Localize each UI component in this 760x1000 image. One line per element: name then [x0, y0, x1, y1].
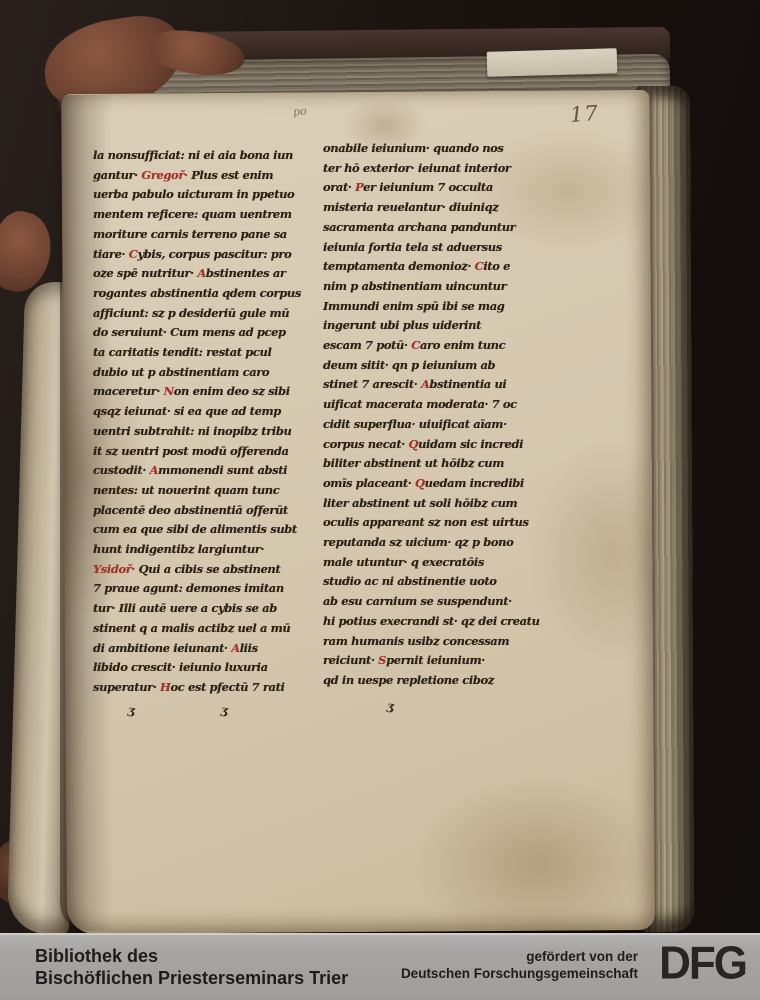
manuscript-line: deum sitit· qn p ieiunium ab: [323, 356, 541, 376]
text-column-1: la nonsufficiat: ni ei aia bona iungantu…: [93, 146, 311, 698]
manuscript-line: studio ac ni abstinentie uoto: [323, 572, 541, 592]
ink-text: qd in uespe repletione ciboz: [323, 673, 494, 687]
manuscript-line: stinent q a malis actibz uel a mū: [93, 619, 311, 639]
manuscript-line: onabile ieiunium· quando nos: [323, 139, 541, 159]
ink-text: on enim deo sz sibi: [174, 384, 290, 398]
ink-text: er ieiunium 7 occulta: [363, 180, 493, 194]
ink-text: aro enim tunc: [420, 338, 505, 352]
manuscript-line: maceretur· Non enim deo sz sibi: [93, 382, 311, 402]
manuscript-line: placentē deo abstinentiā offerūt: [93, 501, 311, 521]
manuscript-line: hunt indigentibz largiuntur·: [93, 540, 311, 560]
manuscript-line: misteria reuelantur· diuiniqz: [323, 198, 541, 218]
ink-text: oc est pfectū 7 rati: [171, 680, 285, 694]
manuscript-line: ieiunia fortia tela st aduersus: [323, 238, 541, 258]
rubric-text: C: [475, 259, 484, 273]
ink-text: placentē deo abstinentiā offerūt: [93, 503, 288, 517]
manuscript-line: stinet 7 arescit· Abstinentia ui: [323, 375, 541, 395]
manuscript-line: corpus necat· Quidam sic incredi: [323, 435, 541, 455]
ink-text: do seruiunt· Cum mens ad pcep: [93, 325, 286, 339]
manuscript-line: liter abstinent ut soli hōibz cum: [323, 494, 541, 514]
ink-text: onabile ieiunium· quando nos: [323, 141, 504, 155]
ink-text: hi potius execrandi st· qz dei creatu: [323, 614, 540, 628]
manuscript-line: custodit· Ammonendi sunt absti: [93, 461, 311, 481]
ink-text: misteria reuelantur· diuiniqz: [323, 200, 498, 214]
manuscript-line: uentri subtrahit: ni inopibz tribu: [93, 422, 311, 442]
manuscript-line: biliter abstinent ut hōibz cum: [323, 454, 541, 474]
manuscript-line: tur· Illi autē uere a cybis se ab: [93, 599, 311, 619]
rubric-text: A: [197, 266, 206, 280]
ink-text: uidam sic incredi: [418, 437, 523, 451]
manuscript-line: do seruiunt· Cum mens ad pcep: [93, 323, 311, 343]
ink-text: uedam incredibi: [425, 476, 524, 490]
ink-text: omīs placeant·: [323, 476, 415, 490]
funding-credit-line1: gefördert von der: [401, 948, 638, 965]
ink-text: moriture carnis terreno pane sa: [93, 227, 287, 241]
rubric-text: A: [150, 463, 159, 477]
manuscript-line: sacramenta archana panduntur: [323, 218, 541, 238]
manuscript-line: ingerunt ubi plus uiderint: [323, 316, 541, 336]
ink-text: ito e: [483, 259, 510, 273]
digitized-manuscript-photo: po 17 la nonsufficiat: ni ei aia bona iu…: [0, 0, 760, 1000]
ink-text: Qui a cibis se abstinent: [139, 562, 281, 576]
manuscript-line: orat· Per ieiunium 7 occulta: [323, 178, 541, 198]
ink-text: liis: [240, 641, 258, 655]
ink-text: rogantes abstinentia qdem corpus: [93, 286, 301, 300]
ink-text: ieiunia fortia tela st aduersus: [323, 240, 502, 254]
manuscript-line: 7 praue agunt: demones imitan: [93, 579, 311, 599]
manuscript-line: rogantes abstinentia qdem corpus: [93, 284, 311, 304]
ink-text: male utuntur· q execratōis: [323, 555, 484, 569]
manuscript-line: gantur· Gregoř· Plus est enim: [93, 166, 311, 186]
manuscript-line: ta caritatis tendit: restat pcul: [93, 343, 311, 363]
funding-credit-line2: Deutschen Forschungsgemeinschaft: [401, 965, 638, 982]
rubric-text: C: [411, 338, 420, 352]
manuscript-line: ram humanis usibz concessam: [323, 632, 541, 652]
ink-text: uificat macerata moderata· 7 oc: [323, 397, 517, 411]
rubric-text: S: [378, 653, 386, 667]
ink-text: stinet 7 arescit·: [323, 377, 421, 391]
rubric-text: Gregoř·: [141, 168, 191, 182]
ink-text: ter hō exterior· ieiunat interior: [323, 161, 511, 175]
ink-text: liter abstinent ut soli hōibz cum: [323, 496, 517, 510]
ink-text: gantur·: [93, 168, 141, 182]
ink-text: biliter abstinent ut hōibz cum: [323, 456, 504, 470]
ink-text: sacramenta archana panduntur: [323, 220, 515, 234]
ink-text: hunt indigentibz largiuntur·: [93, 542, 264, 556]
library-name-line1: Bibliothek des: [35, 945, 348, 967]
ink-text: studio ac ni abstinentie uoto: [323, 574, 497, 588]
ink-text: reputanda sz uicium· qz p bono: [323, 535, 513, 549]
manuscript-line: superatur· Hoc est pfectū 7 rati: [93, 678, 311, 698]
ink-text: it sz uentri post modū offerenda: [93, 444, 289, 458]
rubric-text: Ysidoř·: [93, 562, 139, 576]
bookmark-slip: [487, 48, 618, 77]
folio-number: 17: [569, 103, 599, 126]
ink-text: Plus est enim: [191, 168, 273, 182]
manuscript-line: ab esu carnium se suspendunt·: [323, 592, 541, 612]
line-filler-mark: ʒ: [386, 700, 394, 713]
manuscript-line: oculis appareant sz non est uirtus: [323, 513, 541, 533]
ink-text: corpus necat·: [323, 437, 408, 451]
rubric-text: P: [355, 180, 363, 194]
ink-text: custodit·: [93, 463, 150, 477]
ink-text: pernit ieiunium·: [386, 653, 485, 667]
rubric-text: H: [160, 680, 170, 694]
ink-text: di ambitione ieiunant·: [93, 641, 231, 655]
ink-text: uentri subtrahit: ni inopibz tribu: [93, 424, 291, 438]
ink-text: cidit superflua· uiuificat aīam·: [323, 417, 507, 431]
library-name: Bibliothek des Bischöflichen Priestersem…: [35, 945, 348, 989]
ink-text: tiare·: [93, 247, 129, 261]
manuscript-line: di ambitione ieiunant· Aliis: [93, 639, 311, 659]
footer-bar: Bibliothek des Bischöflichen Priestersem…: [0, 933, 760, 1000]
ink-text: uerba pabulo uicturam in ppetuo: [93, 187, 294, 201]
manuscript-line: nentes: ut nouerint quam tunc: [93, 481, 311, 501]
ink-text: 7 praue agunt: demones imitan: [93, 581, 284, 595]
manuscript-line: reiciunt· Spernit ieiunium·: [323, 651, 541, 671]
library-name-line2: Bischöflichen Priesterseminars Trier: [35, 967, 348, 989]
ink-text: cum ea que sibi de alimentis subt: [93, 522, 297, 536]
manuscript-line: Ysidoř· Qui a cibis se abstinent: [93, 560, 311, 580]
funding-credit: gefördert von der Deutschen Forschungsge…: [401, 948, 638, 982]
manuscript-line: omīs placeant· Quedam incredibi: [323, 474, 541, 494]
manuscript-line: temptamenta demonioz· Cito e: [323, 257, 541, 277]
rubric-text: Q: [415, 476, 425, 490]
manuscript-line: ter hō exterior· ieiunat interior: [323, 159, 541, 179]
ink-text: orat·: [323, 180, 355, 194]
manuscript-line: male utuntur· q execratōis: [323, 553, 541, 573]
ink-text: oze spē nutritur·: [93, 266, 197, 280]
manuscript-line: cidit superflua· uiuificat aīam·: [323, 415, 541, 435]
ink-text: tur· Illi autē uere a cybis se ab: [93, 601, 277, 615]
line-filler-mark: ʒ: [127, 704, 135, 717]
ink-text: reiciunt·: [323, 653, 378, 667]
manuscript-line: hi potius execrandi st· qz dei creatu: [323, 612, 541, 632]
manuscript-line: reputanda sz uicium· qz p bono: [323, 533, 541, 553]
ink-text: maceretur·: [93, 384, 164, 398]
ink-text: stinent q a malis actibz uel a mū: [93, 621, 290, 635]
manuscript-line: escam 7 potū· Caro enim tunc: [323, 336, 541, 356]
manuscript-line: moriture carnis terreno pane sa: [93, 225, 311, 245]
ink-text: ingerunt ubi plus uiderint: [323, 318, 481, 332]
manuscript-line: mentem reficere: quam uentrem: [93, 205, 311, 225]
rubric-text: Q: [408, 437, 418, 451]
manuscript-line: nim p abstinentiam uincuntur: [323, 277, 541, 297]
text-column-2: onabile ieiunium· quando noster hō exter…: [323, 139, 541, 691]
manuscript-line: uerba pabulo uicturam in ppetuo: [93, 185, 311, 205]
ink-text: Immundi enim spū ibi se mag: [323, 299, 504, 313]
manuscript-line: afficiunt: sz p desideriū gule mū: [93, 304, 311, 324]
ink-text: afficiunt: sz p desideriū gule mū: [93, 306, 289, 320]
line-filler-mark: ʒ: [220, 704, 228, 717]
ink-text: mentem reficere: quam uentrem: [93, 207, 292, 221]
rubric-text: A: [231, 641, 240, 655]
ink-text: ab esu carnium se suspendunt·: [323, 594, 512, 608]
manuscript-line: tiare· Cybis, corpus pascitur: pro: [93, 245, 311, 265]
manuscript-line: dubio ut p abstinentiam caro: [93, 363, 311, 383]
manuscript-line: libido crescit· ieiunio luxuria: [93, 658, 311, 678]
ink-text: ta caritatis tendit: restat pcul: [93, 345, 271, 359]
ink-text: bstinentes ar: [206, 266, 286, 280]
ink-text: ybis, corpus pascitur: pro: [137, 247, 291, 261]
ink-text: temptamenta demonioz·: [323, 259, 475, 273]
manuscript-line: Immundi enim spū ibi se mag: [323, 297, 541, 317]
ink-text: nentes: ut nouerint quam tunc: [93, 483, 279, 497]
ink-text: ram humanis usibz concessam: [323, 634, 509, 648]
ink-text: qsqz ieiunat· si ea que ad temp: [93, 404, 281, 418]
ink-text: nim p abstinentiam uincuntur: [323, 279, 506, 293]
dfg-logo: DFG: [659, 938, 746, 991]
ink-text: libido crescit· ieiunio luxuria: [93, 660, 268, 674]
ink-text: dubio ut p abstinentiam caro: [93, 365, 269, 379]
manuscript-line: qd in uespe repletione ciboz: [323, 671, 541, 691]
manuscript-line: la nonsufficiat: ni ei aia bona iun: [93, 146, 311, 166]
rubric-text: N: [164, 384, 174, 398]
ink-text: mmonendi sunt absti: [158, 463, 287, 477]
manuscript-line: uificat macerata moderata· 7 oc: [323, 395, 541, 415]
top-scribble: po: [292, 105, 307, 117]
ink-text: oculis appareant sz non est uirtus: [323, 515, 529, 529]
manuscript-line: it sz uentri post modū offerenda: [93, 442, 311, 462]
ink-text: bstinentia ui: [429, 377, 506, 391]
ink-text: escam 7 potū·: [323, 338, 411, 352]
manuscript-line: cum ea que sibi de alimentis subt: [93, 520, 311, 540]
ink-text: deum sitit· qn p ieiunium ab: [323, 358, 495, 372]
manuscript-line: oze spē nutritur· Abstinentes ar: [93, 264, 311, 284]
ink-text: la nonsufficiat: ni ei aia bona iun: [93, 148, 293, 162]
manuscript-line: qsqz ieiunat· si ea que ad temp: [93, 402, 311, 422]
ink-text: superatur·: [93, 680, 160, 694]
